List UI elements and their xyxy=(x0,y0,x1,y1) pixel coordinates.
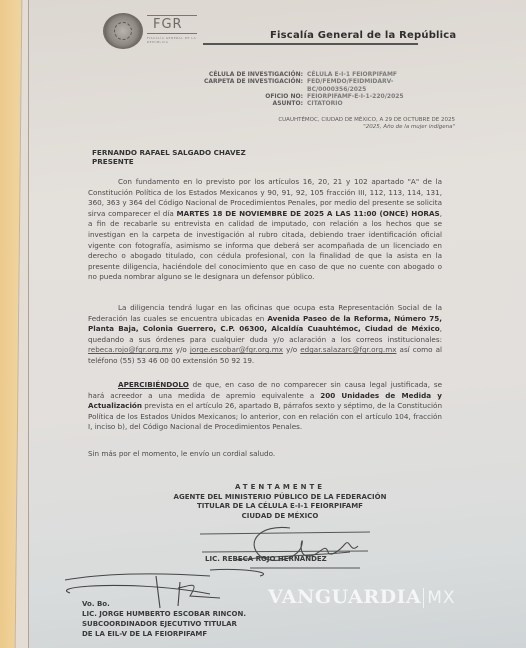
case-info-label: ASUNTO: xyxy=(180,100,307,107)
case-info-label: CÉLULA DE INVESTIGACIÓN: xyxy=(180,71,307,78)
vobo-title-line2: DE LA EIL-V DE LA FEIORPIFAMF xyxy=(82,629,246,639)
separator-text: y/o xyxy=(283,345,300,354)
case-info-value: CITATORIO xyxy=(307,100,420,107)
case-info-label xyxy=(180,86,307,93)
mexico-coat-of-arms-seal-icon xyxy=(103,13,143,49)
year-motto: "2025, Año de la mujer indígena" xyxy=(230,124,455,131)
case-info-row: OFICIO NO:FEIORPIFAMF-E-I-1-220/2025 xyxy=(180,93,420,100)
closing-title-line2: TITULAR DE LA CÉLULA E-I-1 FEIORPIFAMF xyxy=(130,502,430,512)
closing-attentively: ATENTAMENTE xyxy=(130,483,430,493)
paragraph-text: , a fin de recabarle su entrevista en ca… xyxy=(88,209,442,282)
closing-block: ATENTAMENTE AGENTE DEL MINISTERIO PÚBLIC… xyxy=(130,483,430,521)
vobo-title-line1: SUBCOORDINADOR EJECUTIVO TITULAR xyxy=(82,619,246,629)
closing-title-line1: AGENTE DEL MINISTERIO PÚBLICO DE LA FEDE… xyxy=(130,493,430,503)
addressee-name: FERNANDO RAFAEL SALGADO CHAVEZ xyxy=(92,148,246,157)
case-info-row: BC/0000356/2025 xyxy=(180,86,420,93)
paragraph-warning: APERCIBIÉNDOLO de que, en caso de no com… xyxy=(88,380,442,433)
appointment-date: MARTES 18 DE NOVIEMBRE DE 2025 A LAS 11:… xyxy=(176,209,439,218)
separator-text: y/o xyxy=(173,345,190,354)
vobo-label: Vo. Bo. xyxy=(82,599,246,609)
fgr-logo: FGR FISCALÍA GENERAL DE LA REPÚBLICA xyxy=(147,15,197,47)
case-info-value: FED/FEMDO/FEIDMIDARV- xyxy=(307,78,420,85)
publisher-watermark: VANGUARDIAMX xyxy=(268,586,456,608)
vobo-block: Vo. Bo. LIC. JORGE HUMBERTO ESCOBAR RINC… xyxy=(82,599,246,639)
case-info-label: CARPETA DE INVESTIGACIÓN: xyxy=(180,78,307,85)
addressee-salutation: PRESENTE xyxy=(92,157,246,166)
paragraph-legal-basis: Con fundamento en lo previsto por los ar… xyxy=(88,177,442,283)
fgr-logo-text: FGR xyxy=(147,18,197,31)
case-info-label: OFICIO NO: xyxy=(180,93,307,100)
paragraph-text: prevista en el artículo 26, apartado B, … xyxy=(88,401,442,431)
signer-name: LIC. REBECA ROJO HERNANDEZ xyxy=(205,555,327,563)
case-info-row: ASUNTO:CITATORIO xyxy=(180,100,420,107)
case-info-row: CARPETA DE INVESTIGACIÓN:FED/FEMDO/FEIDM… xyxy=(180,78,420,85)
vobo-name: LIC. JORGE HUMBERTO ESCOBAR RINCON. xyxy=(82,609,246,619)
warning-keyword: APERCIBIÉNDOLO xyxy=(118,380,189,389)
paragraph-farewell: Sin más por el momento, le envío un cord… xyxy=(88,449,442,460)
addressee: FERNANDO RAFAEL SALGADO CHAVEZ PRESENTE xyxy=(92,148,246,166)
dateline: CUAUHTÉMOC, CIUDAD DE MÉXICO, A 29 DE OC… xyxy=(230,117,455,130)
email-link-edgar[interactable]: edgar.salazarc@fgr.org.mx xyxy=(300,345,396,354)
document-content: FGR FISCALÍA GENERAL DE LA REPÚBLICA Fis… xyxy=(0,0,526,648)
closing-title-line3: CIUDAD DE MÉXICO xyxy=(130,512,430,522)
case-info-value: CÉLULA E-I-1 FEIORPIFAMF xyxy=(307,71,420,78)
watermark-suffix: MX xyxy=(423,588,455,608)
case-info-row: CÉLULA DE INVESTIGACIÓN:CÉLULA E-I-1 FEI… xyxy=(180,71,420,78)
watermark-brand: VANGUARDIA xyxy=(268,586,421,608)
fgr-logo-subtext: FISCALÍA GENERAL DE LA REPÚBLICA xyxy=(147,36,197,44)
case-info-value: BC/0000356/2025 xyxy=(307,86,420,93)
case-info-value: FEIORPIFAMF-E-I-1-220/2025 xyxy=(307,93,420,100)
case-info-block: CÉLULA DE INVESTIGACIÓN:CÉLULA E-I-1 FEI… xyxy=(180,71,420,107)
signature-rebeca-icon xyxy=(190,522,380,572)
paragraph-location: La diligencia tendrá lugar en las oficin… xyxy=(88,303,442,367)
institution-name: Fiscalía General de la República xyxy=(270,30,456,41)
email-link-jorge[interactable]: jorge.escobar@fgr.org.mx xyxy=(190,345,283,354)
header-rule xyxy=(203,43,418,45)
email-link-rebeca[interactable]: rebeca.rojo@fgr.org.mx xyxy=(88,345,173,354)
